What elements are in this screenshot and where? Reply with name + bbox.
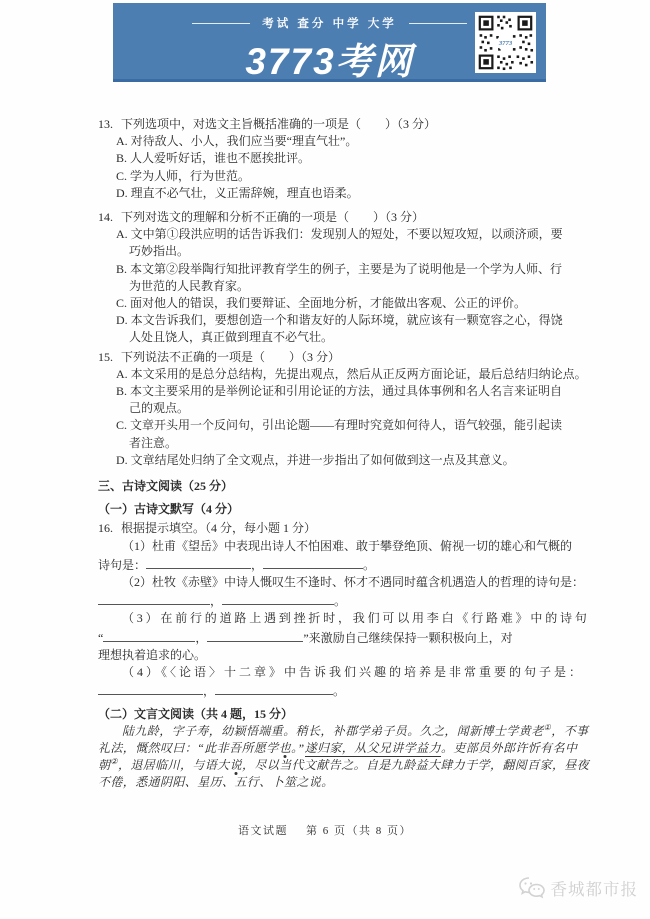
passage-text: 礼法，慨然叹曰：“此非吾所愿学	[98, 741, 279, 755]
q14-option-b-line1: B. 本文第②段举陶行知批评教育学生的例子，主要是为了说明他是一个学为人师、行	[98, 261, 562, 278]
underlined-sentence: 遂归家，从父兄讲学益力	[305, 741, 441, 757]
q13-option-a: A. 对待敌人、小人，我们应当要“理直气壮”。	[98, 133, 562, 150]
answer-blank	[215, 681, 333, 695]
watermark-text: 香城都市报	[551, 876, 639, 900]
newspaper-watermark: 香城都市报	[518, 876, 639, 900]
passage-line3: 朝②，退居临川，与语大说，尽以当代文献告之。自是九龄益大肆力于学，翻阅百家，昼夜	[98, 757, 562, 774]
exam-content: 13.下列选项中，对选文主旨概括准确的一项是（ ）（3 分） A. 对待敌人、小…	[98, 116, 562, 792]
q14-stem-text: 下列对选文的理解和分析不正确的一项是（ ）（3 分）	[121, 210, 424, 224]
q13-option-c: C. 学为人师，行为世范。	[98, 168, 562, 185]
emphasized-char: 说	[230, 758, 242, 772]
passage-text: 。”	[291, 741, 304, 755]
subsection2-title: （二）文言文阅读（共 4 题，15 分）	[98, 706, 562, 723]
answer-blank	[103, 628, 195, 642]
passage-text: ，尽以当代文献告之。自是九龄益大肆力于学，翻阅百家，昼夜	[242, 758, 589, 772]
passage-text: 。吏部员外郎许忻有名中	[441, 741, 577, 755]
q15-stem: 15.下列说法不正确的一项是（ ）（3 分）	[98, 349, 562, 366]
subsection1-title: （一）古诗文默写（4 分）	[98, 501, 562, 518]
q15-number: 15.	[98, 349, 121, 366]
page-footer: 语文试题第 6 页（共 8 页）	[0, 822, 650, 838]
q14-number: 14.	[98, 209, 121, 226]
passage-text: ，不事	[551, 724, 588, 738]
comma: ，	[195, 631, 207, 645]
period: 。	[363, 558, 375, 572]
q15-option-b-line2: 己的观点。	[98, 400, 562, 417]
tagline-rule-left	[192, 23, 250, 24]
answer-blank	[207, 628, 303, 642]
q15-option-c-line2: 者注意。	[98, 435, 562, 452]
qr-code-graphic: 3773	[475, 12, 536, 73]
passage-text: 朝	[98, 758, 110, 772]
q15-option-d: D. 文章结尾处归纳了全文观点，并进一步指出了如何做到这一点及其意义。	[98, 452, 562, 469]
q13-number: 13.	[98, 116, 121, 133]
footer-page-number: 第 6 页（共 8 页）	[306, 825, 412, 837]
q14-option-d-line1: D. 本文告诉我们，要想创造一个和谐友好的人际环境，就应该有一颗宽容之心，得饶	[98, 312, 562, 329]
q16-item3-blank-line: “，”来激励自己继续保持一颗积极向上，对	[98, 628, 562, 647]
answer-blank	[98, 681, 203, 695]
q16-item1-prefix: 诗句是：	[98, 558, 146, 572]
qr-code: 3773	[475, 12, 536, 73]
answer-blank	[222, 591, 334, 605]
emphasized-char: 也	[279, 741, 291, 755]
q15-option-c-line1: C. 文章开头用一个反问句，引出论题——有理时究竟如何待人，语气较强，能引起读	[98, 417, 562, 434]
q16-item3-line3: 理想执着追求的心。	[98, 647, 562, 664]
passage-text: ，退居临川，与语大	[118, 758, 230, 772]
q13-stem-text: 下列选项中，对选文主旨概括准确的一项是（ ）（3 分）	[121, 117, 436, 131]
q14-option-d-line2: 人处且饶人，真正做到理直不必气壮。	[98, 329, 562, 346]
q15-option-b-line1: B. 本文主要采用的是举例论证和引用论证的方法，通过具体事例和名人名言来证明自	[98, 383, 562, 400]
q15-stem-text: 下列说法不正确的一项是（ ）（3 分）	[121, 350, 340, 364]
q16-item1-blank-line: 诗句是：，。	[98, 555, 562, 574]
period: 。	[334, 594, 346, 608]
comma: ，	[203, 684, 215, 698]
q14-stem: 14.下列对选文的理解和分析不正确的一项是（ ）（3 分）	[98, 209, 562, 226]
passage-line1: 陆九龄，字子寿，幼颖悟端重。稍长，补郡学弟子员。久之，闻新博士学黄老①，不事	[98, 723, 562, 740]
answer-blank	[263, 555, 363, 569]
q16-number: 16.	[98, 520, 121, 537]
period: 。	[333, 684, 345, 698]
q14-option-c: C. 面对他人的错误，我们要辩证、全面地分析，才能做出客观、公正的评价。	[98, 295, 562, 312]
q16-stem: 16.根据提示填空。（4 分，每小题 1 分）	[98, 520, 562, 537]
comma: ，	[210, 594, 222, 608]
q15-option-a: A. 本文采用的是总分总结构，先提出观点，然后从正反两方面论证，最后总结归纳论点…	[98, 366, 562, 383]
q16-item2-blank-line: ，。	[98, 591, 562, 610]
q16-item4-line1: （4）《〈论语〉十二章》中告诉我们兴趣的培养是非常重要的句子是：	[98, 664, 562, 681]
answer-blank	[146, 555, 251, 569]
qr-center-label: 3773	[498, 40, 513, 47]
q13-stem: 13.下列选项中，对选文主旨概括准确的一项是（ ）（3 分）	[98, 116, 562, 133]
comma: ，	[251, 558, 263, 572]
q14-option-a-line1: A. 文中第①段洪应明的话告诉我们：发现别人的短处，不要以短攻短，以顽济顽，要	[98, 226, 562, 243]
site-banner: 考试 查分 中学 大学 3773考网	[113, 3, 546, 82]
q16-item3-suffix: 来激励自己继续保持一颗积极向上，对	[309, 631, 513, 645]
q16-item1-line1: （1）杜甫《望岳》中表现出诗人不怕困难、敢于攀登绝顶、俯视一切的雄心和气概的	[98, 538, 562, 555]
footer-subject: 语文试题	[238, 825, 288, 837]
passage-line2: 礼法，慨然叹曰：“此非吾所愿学也。”遂归家，从父兄讲学益力。吏部员外郎许忻有名中	[98, 740, 562, 757]
q16-item2-line1: （2）杜牧《赤壁》中诗人慨叹生不逢时、怀才不遇同时蕴含机遇造人的哲理的诗句是：	[98, 574, 562, 591]
footnote-mark-2: ②	[110, 757, 118, 766]
q13-option-d: D. 理直不必气壮，义正需辞婉，理直也语柔。	[98, 185, 562, 202]
q16-item4-blank-line: ，。	[98, 681, 562, 700]
banner-tagline: 考试 查分 中学 大学	[262, 15, 397, 31]
passage-text: 陆九龄，字子寿，幼颖悟端重。稍长，补郡学弟子员。久之，闻新博士学黄老	[122, 724, 544, 738]
answer-blank	[98, 591, 210, 605]
wechat-icon	[518, 876, 546, 900]
q13-option-b: B. 人人爱听好话，谁也不愿挨批评。	[98, 150, 562, 167]
tagline-rule-right	[409, 23, 467, 24]
q16-item3-line1: （3）在前行的道路上遇到挫折时，我们可以用李白《行路难》中的诗句	[98, 610, 562, 627]
q14-option-b-line2: 为世范的人民教育家。	[98, 278, 562, 295]
q14-option-a-line2: 巧妙指出。	[98, 243, 562, 260]
passage-line4: 不倦，悉通阴阳、星历、五行、卜筮之说。	[98, 774, 562, 791]
q16-stem-text: 根据提示填空。（4 分，每小题 1 分）	[121, 521, 316, 535]
section3-title: 三、古诗文阅读（25 分）	[98, 478, 562, 495]
